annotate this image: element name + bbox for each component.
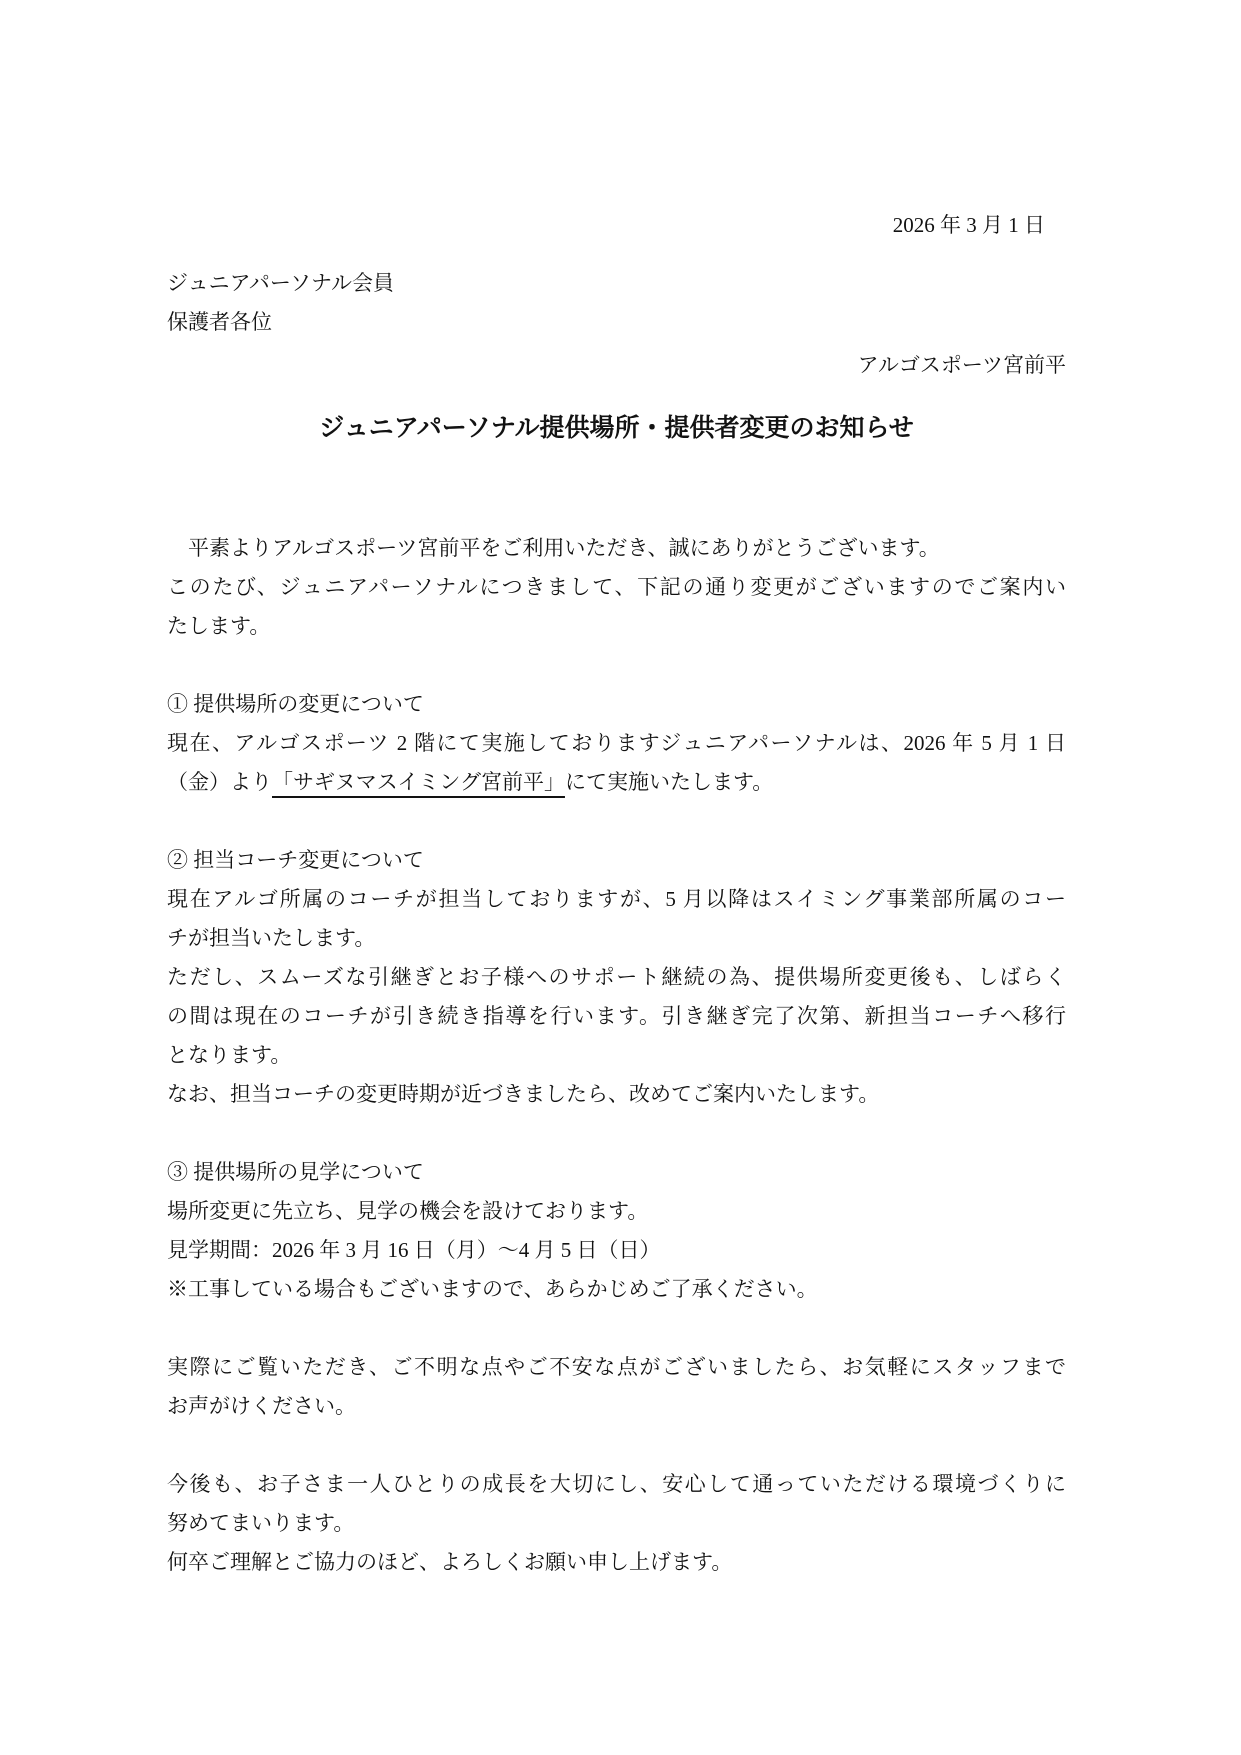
section-3-line-3: ※工事している場合もございますので、あらかじめご了承ください。 — [167, 1270, 1066, 1309]
intro-line-3: たします。 — [167, 607, 1066, 646]
blank-line — [167, 646, 1066, 685]
section-2-line-5: となります。 — [167, 1036, 1066, 1075]
section-1-line-2-prefix: （金）より — [167, 770, 272, 794]
issue-date: 2026 年 3 月 1 日 — [167, 206, 1066, 245]
intro-line-1: 平素よりアルゴスポーツ宮前平をご利用いただき、誠にありがとうございます。 — [167, 529, 1066, 568]
notice-letter-page: 2026 年 3 月 1 日 ジュニアパーソナル会員 保護者各位 アルゴスポーツ… — [0, 0, 1241, 1755]
section-3-line-1: 場所変更に先立ち、見学の機会を設けております。 — [167, 1192, 1066, 1231]
blank-line — [167, 802, 1066, 841]
closing-2-line-2: 努めてまいります。 — [167, 1504, 1066, 1543]
closing-2-line-1: 今後も、お子さま一人ひとりの成長を大切にし、安心して通っていただける環境づくりに — [167, 1465, 1066, 1504]
intro-line-2: このたび、ジュニアパーソナルにつきまして、下記の通り変更がございますのでご案内い — [167, 568, 1066, 607]
closing-1-line-2: お声がけください。 — [167, 1387, 1066, 1426]
section-3-heading: ③ 提供場所の見学について — [167, 1153, 1066, 1192]
blank-line — [167, 1114, 1066, 1153]
closing-2-line-3: 何卒ご理解とご協力のほど、よろしくお願い申し上げます。 — [167, 1543, 1066, 1582]
blank-line — [167, 1309, 1066, 1348]
closing-1-line-1: 実際にご覧いただき、ご不明な点やご不安な点がございましたら、お気軽にスタッフまで — [167, 1348, 1066, 1387]
document-title: ジュニアパーソナル提供場所・提供者変更のお知らせ — [167, 406, 1066, 451]
sender-name: アルゴスポーツ宮前平 — [167, 346, 1066, 385]
blank-line — [167, 451, 1066, 490]
recipient-line-1: ジュニアパーソナル会員 — [167, 264, 1066, 303]
section-1-heading: ① 提供場所の変更について — [167, 685, 1066, 724]
section-1-line-2-suffix: にて実施いたします。 — [565, 770, 773, 794]
section-2-heading: ② 担当コーチ変更について — [167, 841, 1066, 880]
blank-line — [167, 490, 1066, 529]
new-location-underlined: 「サギヌマスイミング宮前平」 — [272, 770, 565, 794]
blank-line — [167, 1426, 1066, 1465]
section-2-line-1: 現在アルゴ所属のコーチが担当しておりますが、5 月以降はスイミング事業部所属のコ… — [167, 880, 1066, 919]
spacer — [167, 245, 1066, 264]
section-2-line-2: チが担当いたします。 — [167, 919, 1066, 958]
section-2-line-3: ただし、スムーズな引継ぎとお子様へのサポート継続の為、提供場所変更後も、しばらく — [167, 958, 1066, 997]
section-1-line-1: 現在、アルゴスポーツ 2 階にて実施しておりますジュニアパーソナルは、2026 … — [167, 724, 1066, 763]
section-2-line-4: の間は現在のコーチが引き続き指導を行います。引き継ぎ完了次第、新担当コーチへ移行 — [167, 997, 1066, 1036]
section-2-line-6: なお、担当コーチの変更時期が近づきましたら、改めてご案内いたします。 — [167, 1075, 1066, 1114]
section-3-line-2: 見学期間：2026 年 3 月 16 日（月）～4 月 5 日（日） — [167, 1231, 1066, 1270]
section-1-line-2: （金）より「サギヌマスイミング宮前平」にて実施いたします。 — [167, 763, 1066, 802]
recipient-line-2: 保護者各位 — [167, 303, 1066, 342]
